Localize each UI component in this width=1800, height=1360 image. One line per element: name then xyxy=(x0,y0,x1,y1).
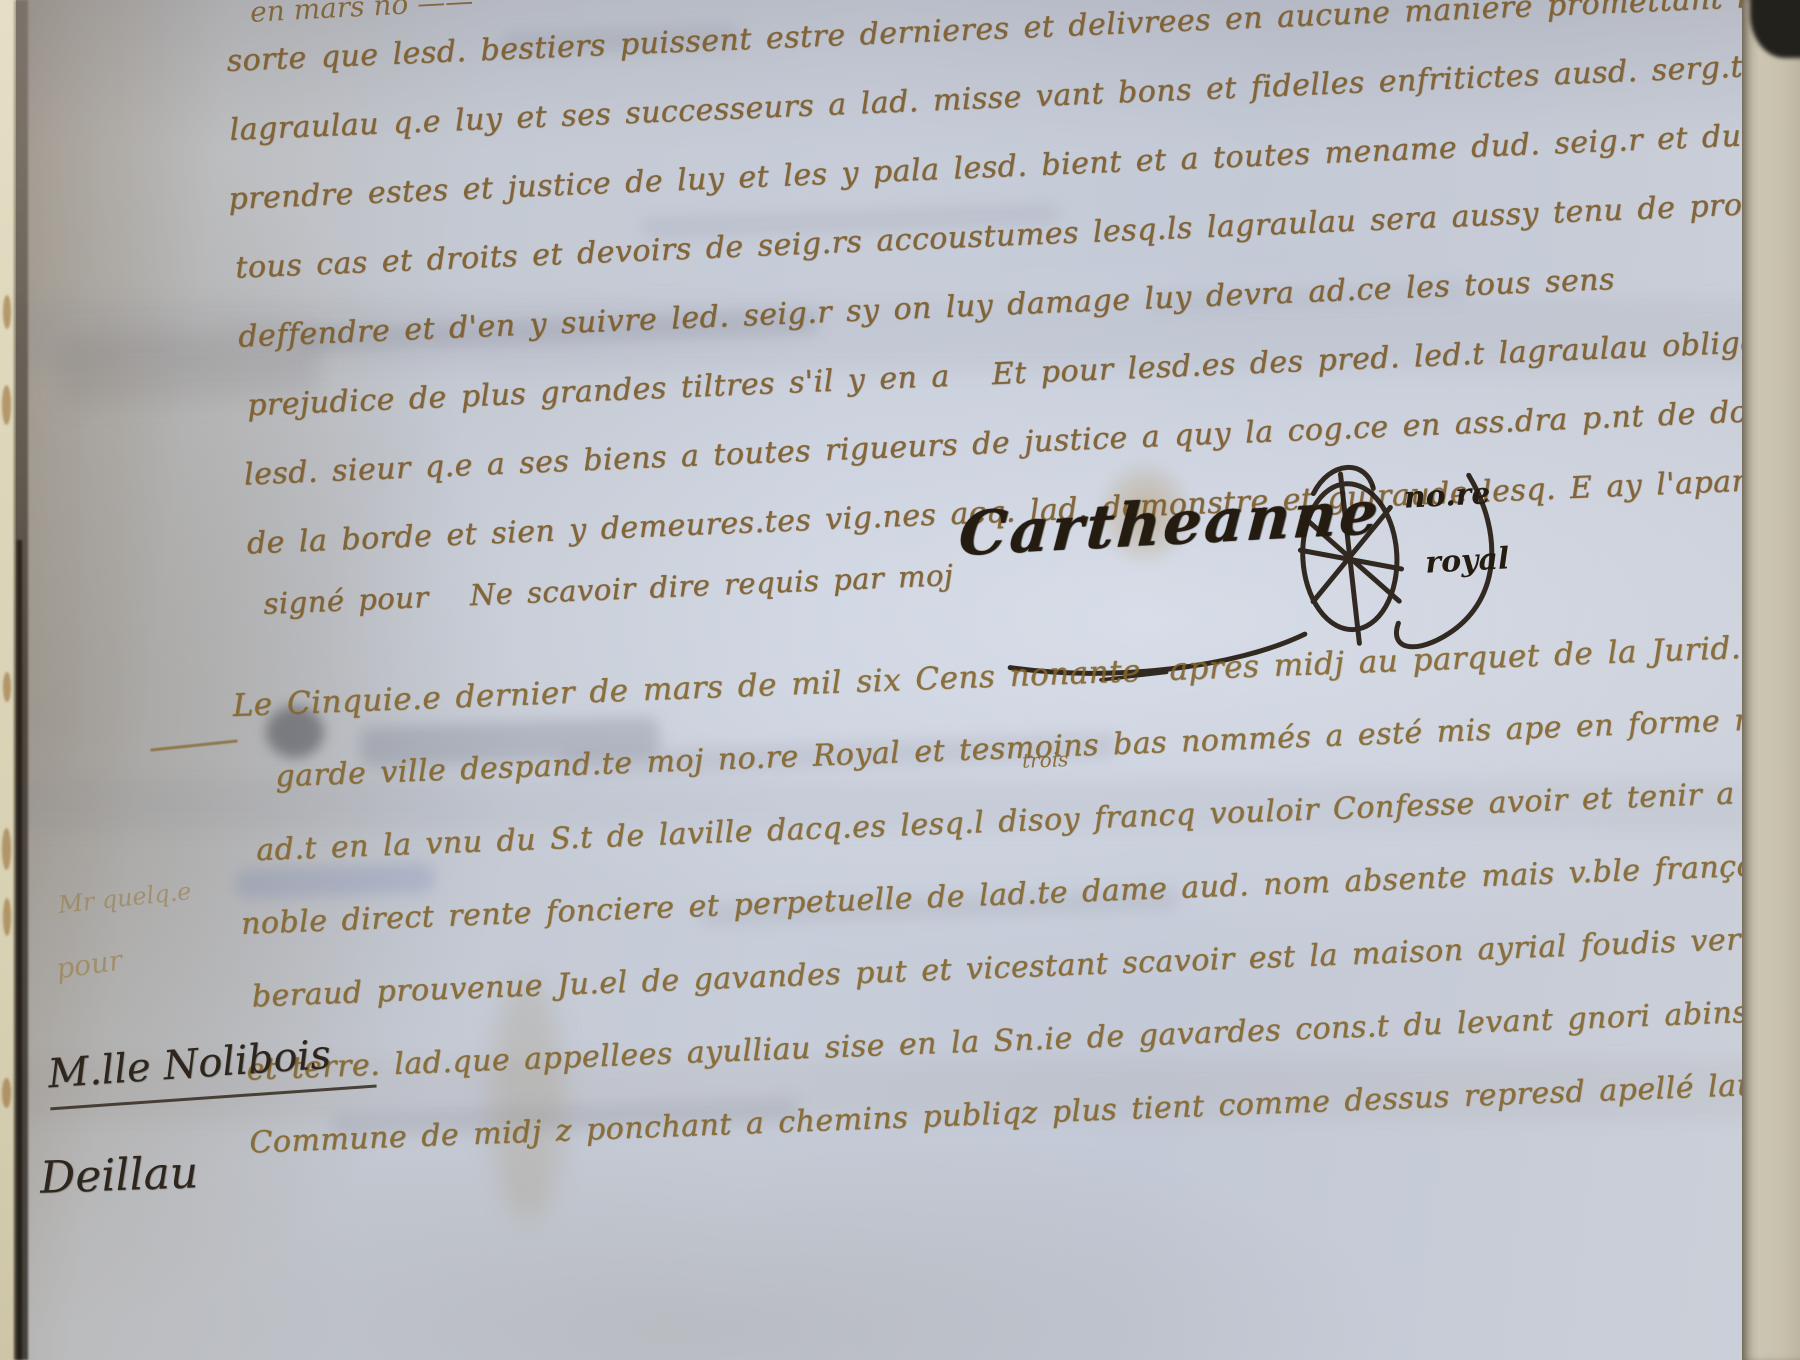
signature-qualifier: royal xyxy=(1424,541,1510,580)
adjacent-page-ink-mark xyxy=(3,672,11,702)
adjacent-page-ink-mark xyxy=(3,898,11,936)
adjacent-page-ink-mark xyxy=(2,1078,11,1108)
margin-note-faint: Mr quelq.e xyxy=(57,877,193,919)
signature-qualifier: no.re xyxy=(1403,476,1491,515)
manuscript-page: en mars no —— sorte que lesd. bestiers p… xyxy=(0,0,1800,1360)
page-edge-shadow xyxy=(17,540,22,1360)
margin-note-faint: pour xyxy=(54,944,124,986)
adjacent-page-ink-mark xyxy=(2,385,11,425)
margin-note-name: Deillau xyxy=(39,1147,199,1203)
top-fragment-line: en mars no —— xyxy=(249,0,474,29)
lower-text-block: Le Cinquie.e dernier de mars de mil six … xyxy=(232,633,1671,1198)
adjacent-page-ink-mark xyxy=(2,828,11,870)
adjacent-page-ink-mark xyxy=(3,295,11,329)
lead-in-stroke xyxy=(150,739,238,751)
page-right-edge xyxy=(1742,0,1800,1360)
